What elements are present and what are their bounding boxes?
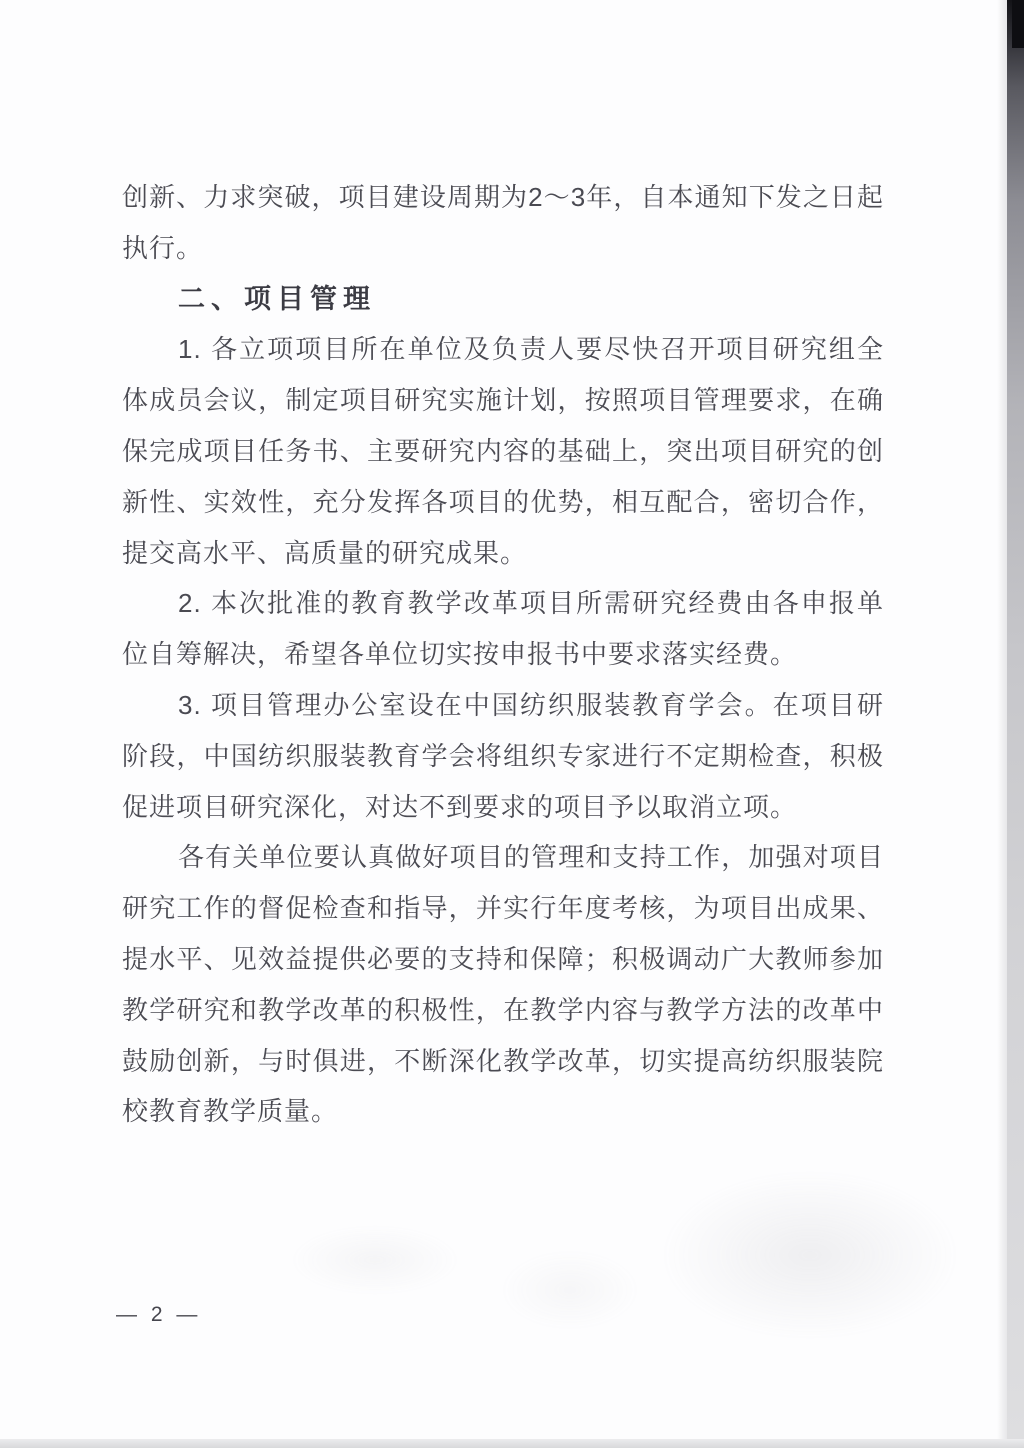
text-line: 3. 项目管理办公室设在中国纺织服装教育学会。在项目研究 xyxy=(122,680,884,731)
scan-smudge xyxy=(500,1250,640,1330)
text-line: 新性、实效性，充分发挥各项目的优势，相互配合，密切合作， xyxy=(122,477,884,528)
scan-shadow-right-edge xyxy=(1007,0,1024,1448)
text-line: 阶段，中国纺织服装教育学会将组织专家进行不定期检查，积极 xyxy=(122,731,884,782)
page-number: — 2 — xyxy=(116,1303,201,1327)
text-line: 各有关单位要认真做好项目的管理和支持工作，加强对项目 xyxy=(122,832,884,883)
text-line: 执行。 xyxy=(122,223,884,274)
scan-shadow-top-right-corner xyxy=(1012,0,1024,48)
scan-smudge xyxy=(290,1225,460,1295)
text-line: 2. 本次批准的教育教学改革项目所需研究经费由各申报单 xyxy=(122,578,884,629)
text-line: 提水平、见效益提供必要的支持和保障；积极调动广大教师参加 xyxy=(122,934,884,985)
text-line: 教学研究和教学改革的积极性，在教学内容与教学方法的改革中 xyxy=(122,985,884,1036)
text-line: 校教育教学质量。 xyxy=(122,1086,884,1137)
text-line: 促进项目研究深化，对达不到要求的项目予以取消立项。 xyxy=(122,782,884,833)
text-line: 鼓励创新，与时俱进，不断深化教学改革，切实提高纺织服装院 xyxy=(122,1036,884,1087)
text-line: 体成员会议，制定项目研究实施计划，按照项目管理要求，在确 xyxy=(122,375,884,426)
text-line: 位自筹解决，希望各单位切实按申报书中要求落实经费。 xyxy=(122,629,884,680)
scan-shadow-bottom-edge xyxy=(0,1439,1024,1448)
text-line: 创新、力求突破，项目建设周期为2～3年，自本通知下发之日起 xyxy=(122,172,884,223)
text-line: 1. 各立项项目所在单位及负责人要尽快召开项目研究组全 xyxy=(122,324,884,375)
section-heading: 二、项目管理 xyxy=(122,274,884,325)
document-text: 创新、力求突破，项目建设周期为2～3年，自本通知下发之日起执行。二、项目管理1.… xyxy=(122,172,884,1137)
text-line: 保完成项目任务书、主要研究内容的基础上，突出项目研究的创 xyxy=(122,426,884,477)
scanned-page: 创新、力求突破，项目建设周期为2～3年，自本通知下发之日起执行。二、项目管理1.… xyxy=(0,0,1024,1448)
text-line: 研究工作的督促检查和指导，并实行年度考核，为项目出成果、 xyxy=(122,883,884,934)
text-line: 提交高水平、高质量的研究成果。 xyxy=(122,528,884,579)
scan-shadow-right-fade xyxy=(997,0,1007,1448)
scan-smudge xyxy=(660,1170,960,1340)
